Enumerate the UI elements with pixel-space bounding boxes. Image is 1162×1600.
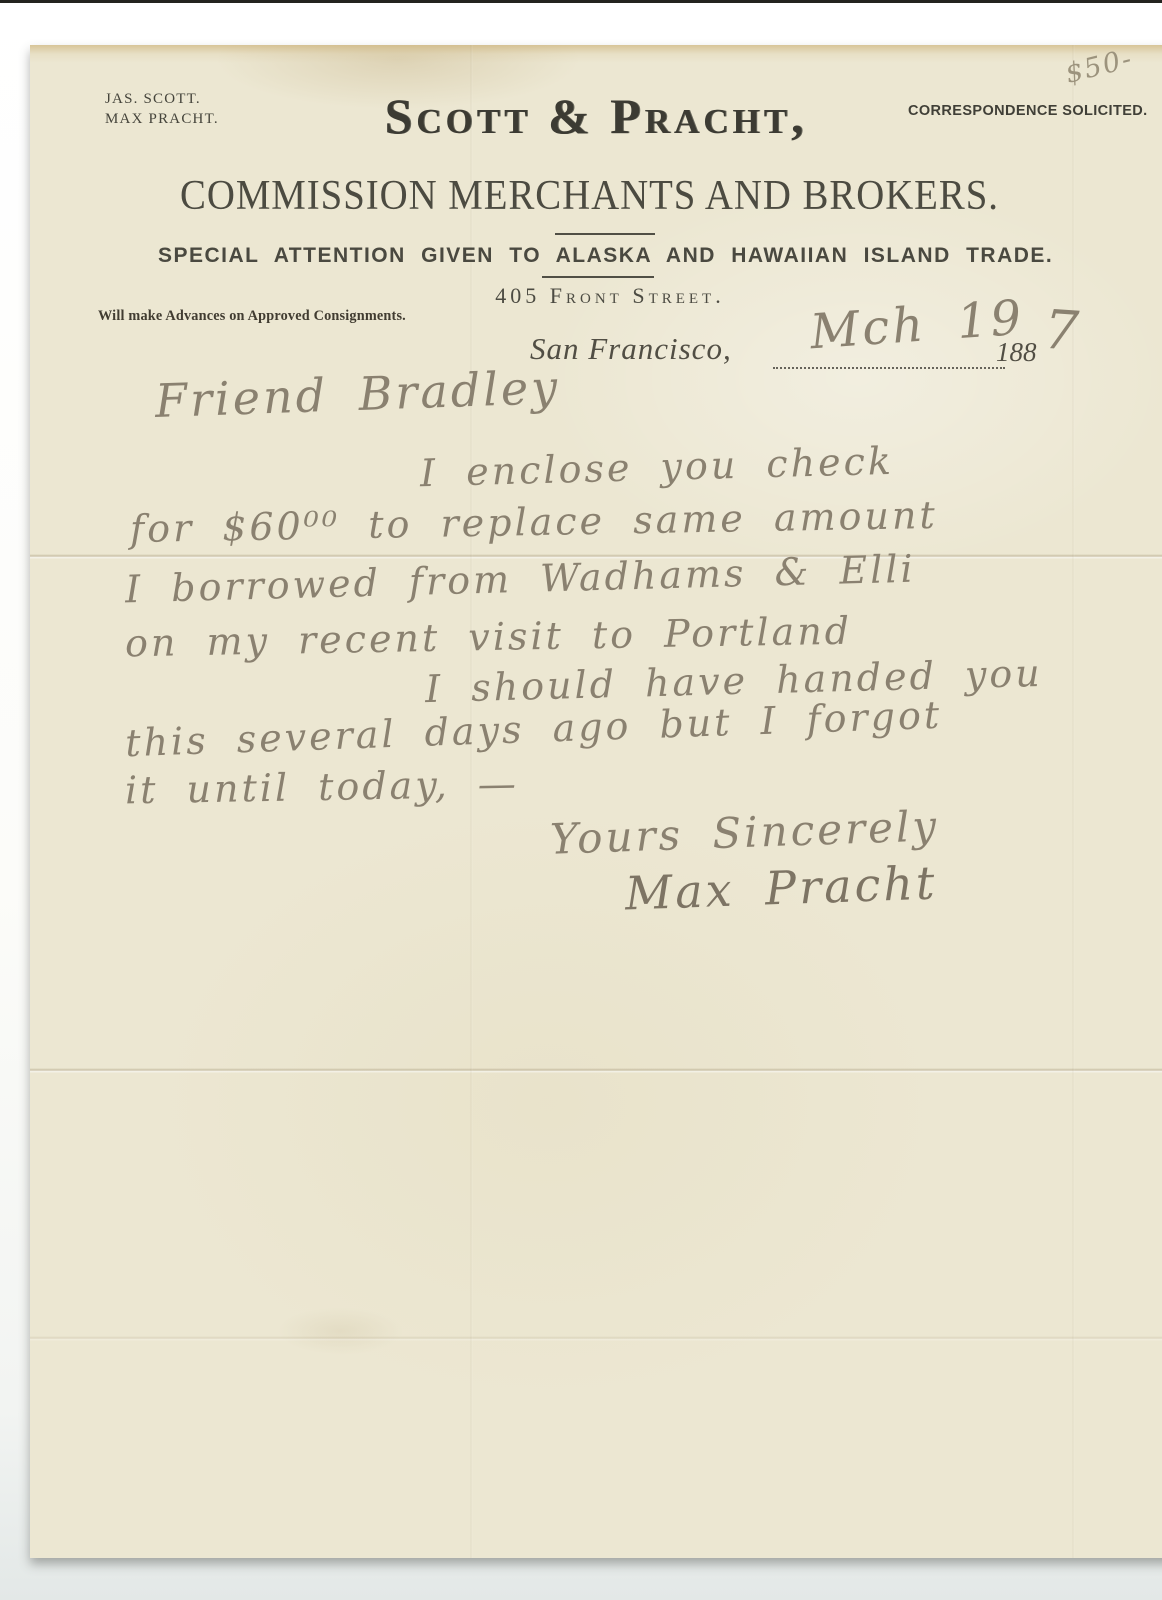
scan-edge-line: [0, 0, 1162, 3]
company-subtitle: COMMISSION MERCHANTS AND BROKERS.: [180, 170, 999, 220]
divider-rule-1: [555, 233, 655, 235]
handwritten-year-digit: 7: [1042, 298, 1084, 363]
fold-crease-middle: [30, 1068, 1162, 1073]
trade-tagline: SPECIAL ATTENTION GIVEN TO ALASKA AND HA…: [158, 244, 1053, 268]
date-dotted-line: [773, 367, 1005, 369]
advances-note: Will make Advances on Approved Consignme…: [98, 308, 406, 325]
letter-paper: JAS. SCOTT. MAX PRACHT. $50- CORRESPONDE…: [30, 45, 1162, 1558]
body-line-4: on my recent visit to Portland: [125, 609, 853, 666]
handwritten-date: Mch 19: [808, 290, 1026, 361]
signature: Max Pracht: [624, 856, 938, 921]
vertical-crease-right: [1072, 45, 1075, 1558]
year-prefix: 188: [996, 337, 1037, 368]
closing: Yours Sincerely: [549, 801, 940, 864]
fold-crease-lower: [30, 1336, 1162, 1341]
partner-names: JAS. SCOTT. MAX PRACHT.: [105, 89, 219, 129]
street-address: 405 Front Street.: [390, 283, 830, 309]
body-line-1: I enclose you check: [420, 439, 895, 495]
city-label: San Francisco,: [530, 331, 732, 367]
correspondence-solicited-label: CORRESPONDENCE SOLICITED.: [908, 103, 1148, 119]
divider-rule-2: [542, 276, 654, 278]
company-name: Scott & Pracht,: [378, 87, 814, 145]
body-line-7: it until today, —: [125, 762, 520, 813]
scanned-letter: JAS. SCOTT. MAX PRACHT. $50- CORRESPONDE…: [0, 0, 1162, 1600]
salutation: Friend Bradley: [154, 360, 561, 428]
body-line-2: for $60⁰⁰ to replace same amount: [130, 493, 938, 551]
